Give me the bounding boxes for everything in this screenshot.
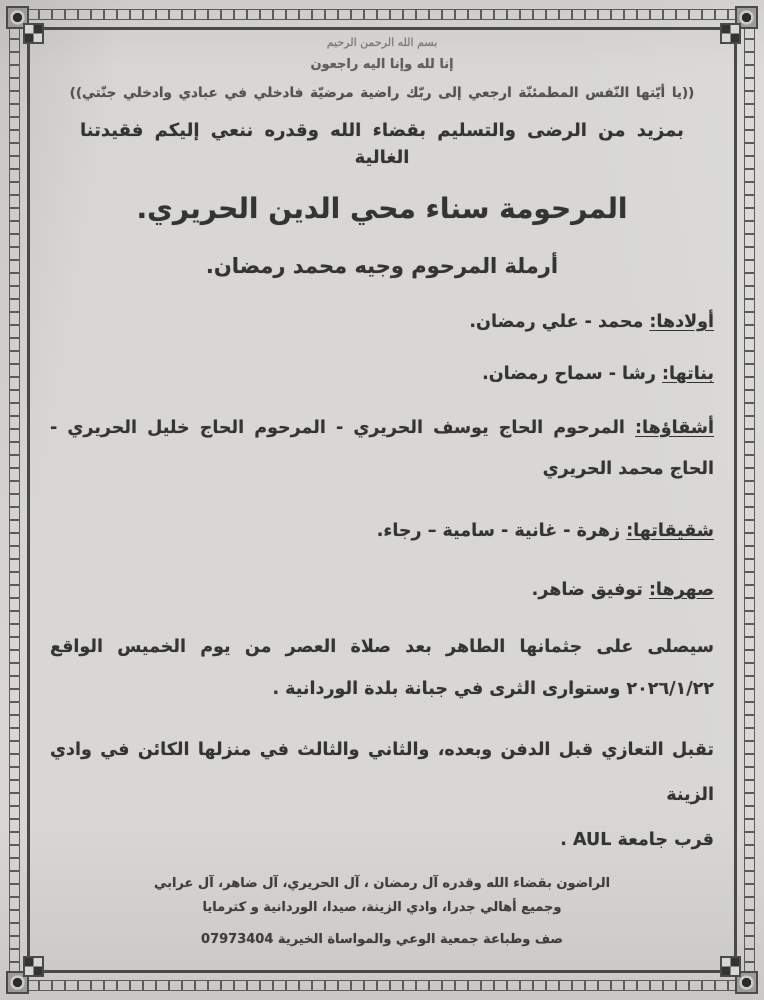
basmala-line: بسم الله الرحمن الرحيم (50, 36, 714, 50)
corner-checker-steps (720, 23, 741, 44)
quran-verse-line: ((يا أيّتها النّفس المطمئنّة ارجعي إلى ر… (50, 84, 714, 103)
deceased-name-title: المرحومة سناء محي الدين الحريري. (50, 189, 714, 229)
family-value-daughters: رشا - سماح رمضان. (482, 364, 656, 384)
funeral-line-2-date: ٢٠٢٦/١/٢٢ وستوارى الثرى في جبانة بلدة ال… (50, 668, 714, 710)
border-rail-top (12, 9, 752, 20)
condolences-paragraph: تقبل التعازي قبل الدفن وبعده، والثاني وا… (50, 728, 714, 863)
funeral-details-paragraph: سيصلى على جثمانها الطاهر بعد صلاة العصر … (50, 626, 714, 710)
border-rail-bottom (12, 980, 752, 991)
widow-of-line: أرملة المرحوم وجيه محمد رمضان. (50, 251, 714, 281)
corner-ornament-bottom-left (6, 950, 50, 994)
corner-ornament-top-left (6, 6, 50, 50)
family-value-son-in-law: توفيق ضاهر. (532, 580, 643, 600)
condolences-line-1: تقبل التعازي قبل الدفن وبعده، والثاني وا… (50, 728, 714, 818)
corner-ornament-top-right (714, 6, 758, 50)
obituary-content: بسم الله الرحمن الرحيم إنا لله وإنا اليه… (50, 36, 714, 970)
family-label-brothers: أشقاؤها: (635, 418, 714, 438)
family-label-sons: أولادها: (649, 312, 714, 332)
family-value-sons: محمد - علي رمضان. (469, 312, 643, 332)
announcement-intro-line: بمزيد من الرضى والتسليم بقضاء الله وقدره… (50, 117, 714, 171)
corner-checker-steps (720, 956, 741, 977)
family-row-brothers: أشقاؤها: المرحوم الحاج يوسف الحريري - ال… (50, 408, 714, 490)
family-row-sons: أولادها: محمد - علي رمضان. (50, 309, 714, 336)
border-rail-left (9, 12, 20, 988)
footer: الراضون بقضاء الله وقدره آل رمضان ، آل ا… (0, 872, 764, 951)
family-label-son-in-law: صهرها: (649, 580, 714, 600)
footer-towns-line: وجميع أهالي جدرا، وادي الزينة، صيدا، الو… (0, 896, 764, 920)
family-value-brothers: المرحوم الحاج يوسف الحريري - المرحوم الح… (50, 418, 714, 479)
corner-ornament-bottom-right (714, 950, 758, 994)
family-value-sisters: زهرة - غانية - سامية – رجاء. (377, 521, 620, 541)
condolences-line-2: قرب جامعة AUL . (50, 818, 714, 863)
footer-printer-line: صف وطباعة جمعية الوعي والمواساة الخيرية … (0, 929, 764, 951)
family-row-sisters: شقيقاتها: زهرة - غانية - سامية – رجاء. (50, 518, 714, 545)
family-row-daughters: بناتها: رشا - سماح رمضان. (50, 361, 714, 388)
corner-checker-steps (23, 956, 44, 977)
istirjaa-line: إنا لله وإنا اليه راجعون (50, 56, 714, 74)
funeral-line-1: سيصلى على جثمانها الطاهر بعد صلاة العصر … (50, 626, 714, 668)
family-row-son-in-law: صهرها: توفيق ضاهر. (50, 577, 714, 604)
scanned-obituary-page: بسم الله الرحمن الرحيم إنا لله وإنا اليه… (0, 0, 764, 1000)
family-label-sisters: شقيقاتها: (626, 521, 714, 541)
corner-checker-steps (23, 23, 44, 44)
border-rail-right (744, 12, 755, 988)
family-label-daughters: بناتها: (662, 364, 714, 384)
footer-families-line: الراضون بقضاء الله وقدره آل رمضان ، آل ا… (0, 872, 764, 896)
